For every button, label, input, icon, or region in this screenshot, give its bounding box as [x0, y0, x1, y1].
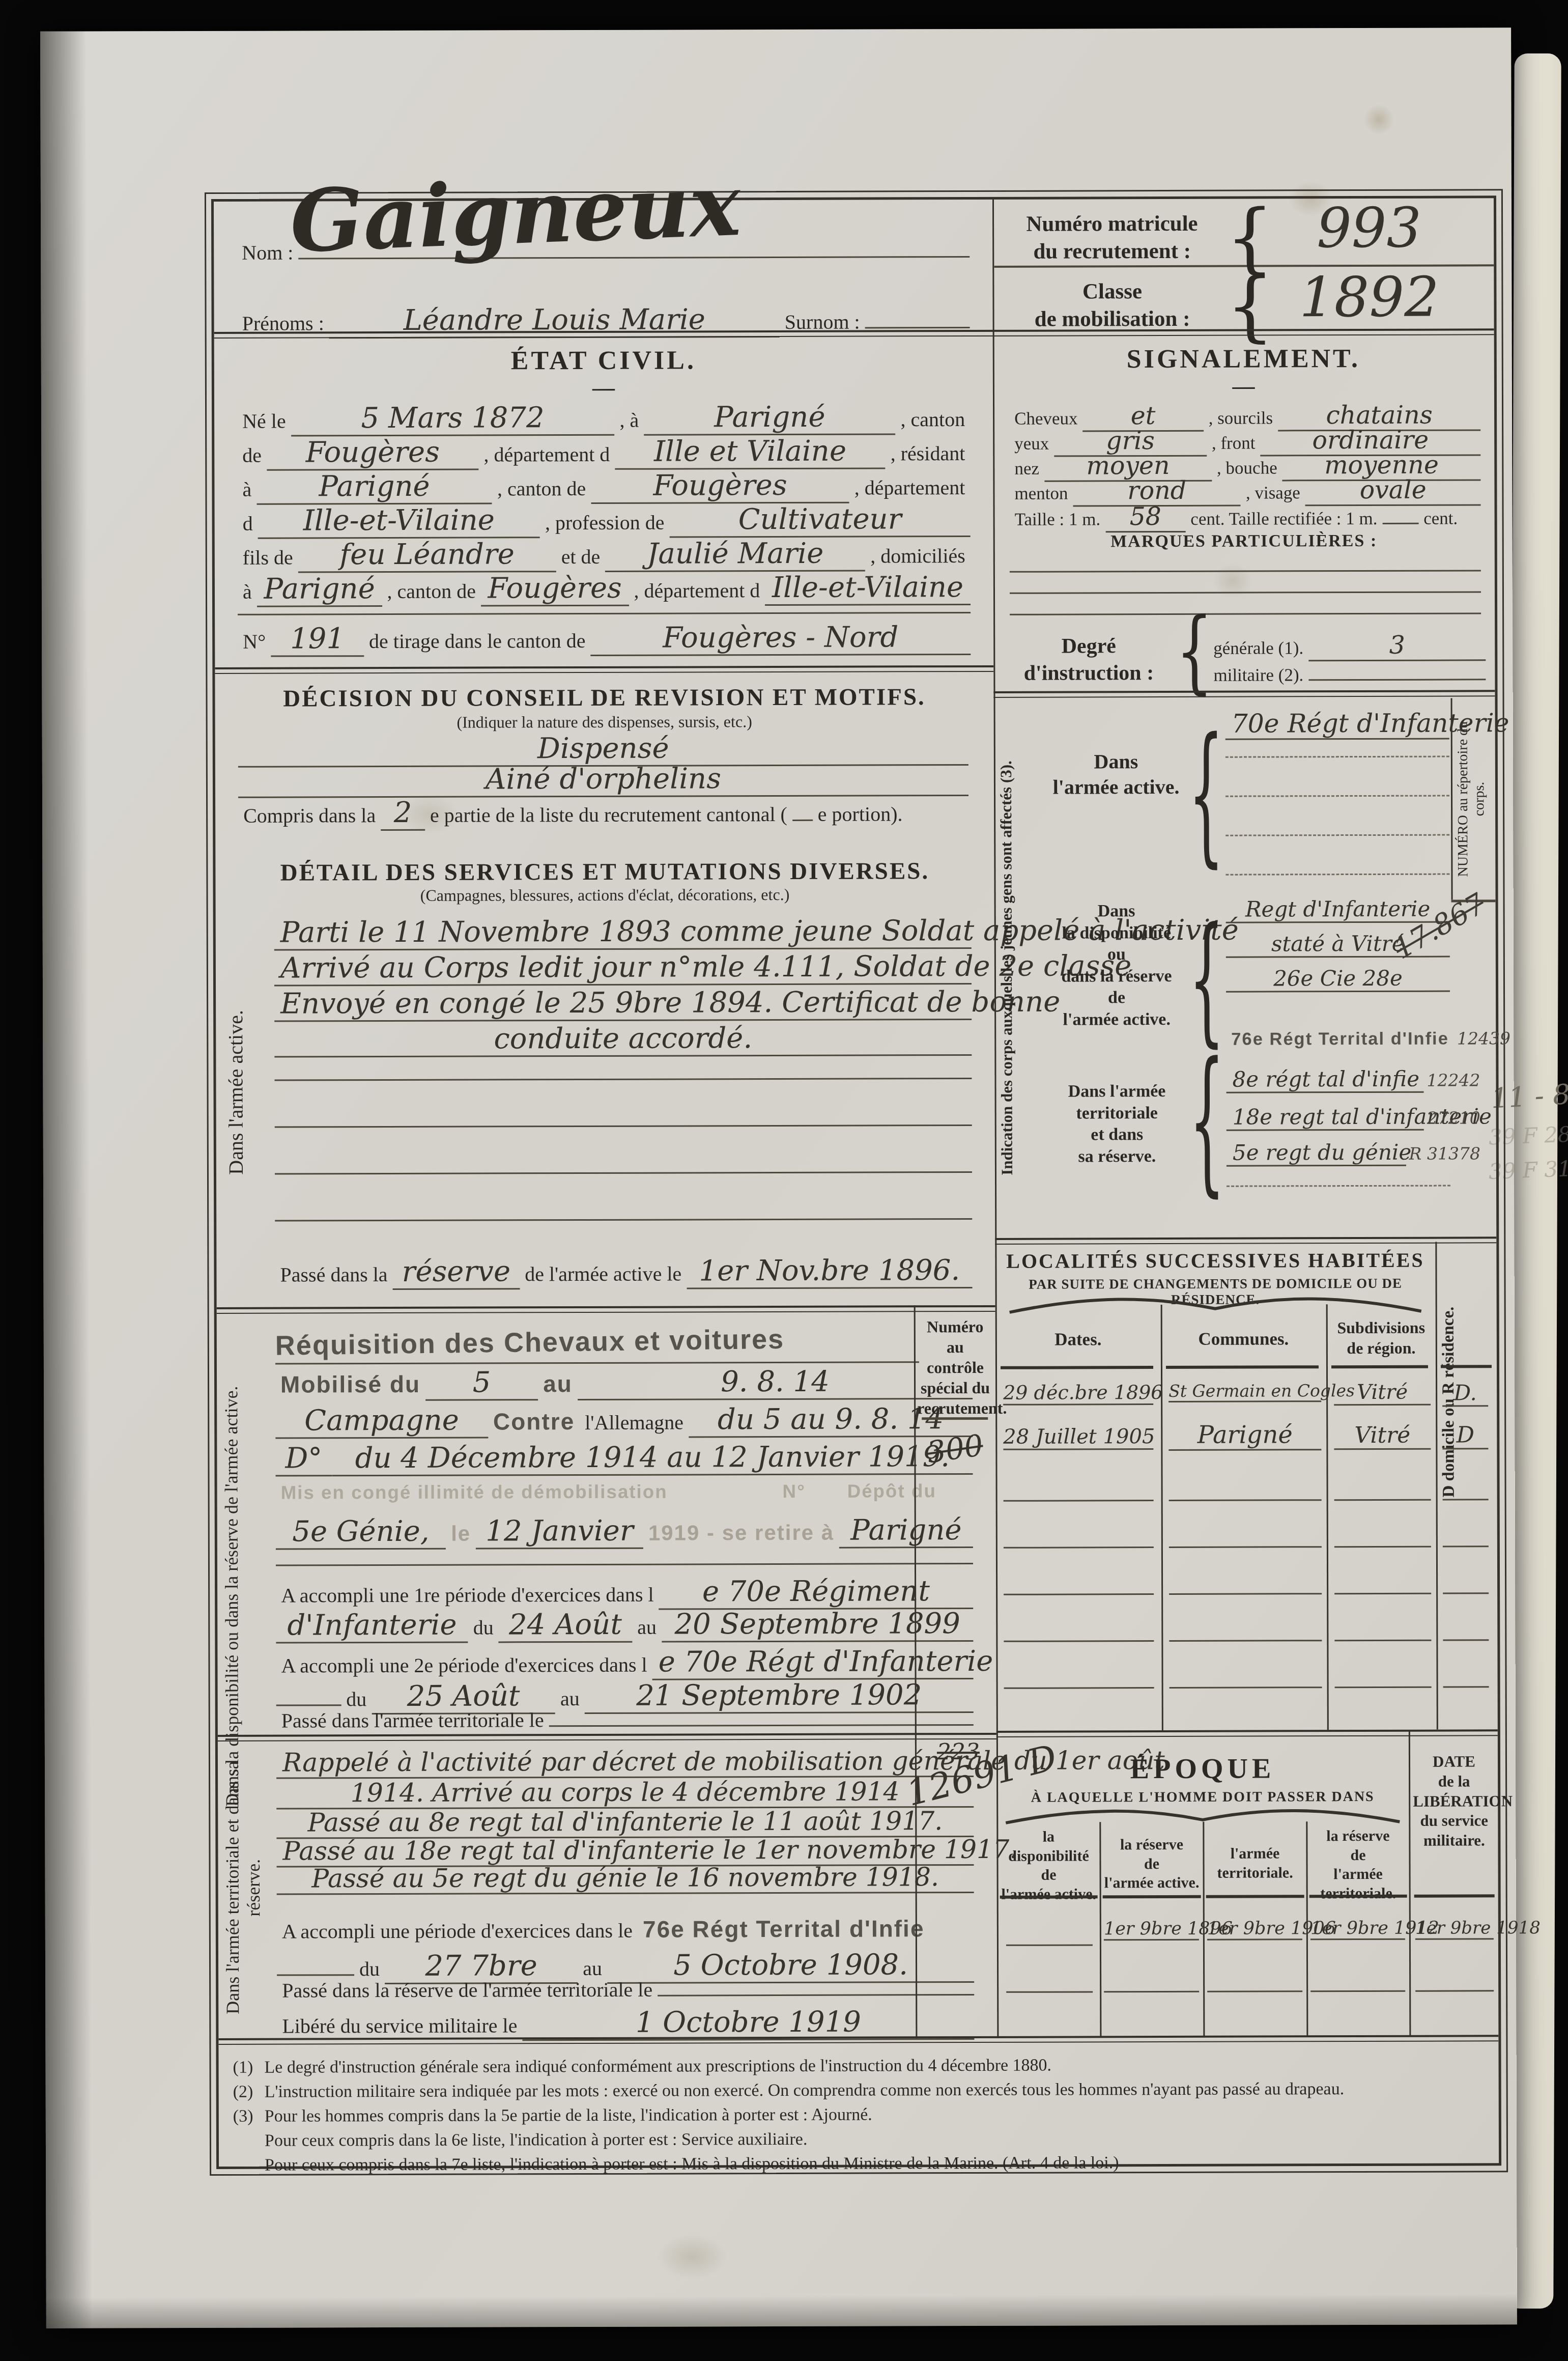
ruled-line — [1227, 1185, 1450, 1187]
brace-glyph: { — [1189, 1029, 1225, 1212]
text-segment: à — [238, 580, 257, 604]
ruled-line — [1310, 1990, 1405, 1992]
text-segment: Contre — [488, 1408, 580, 1435]
text-segment: A accompli une 1re période d'exercices d… — [276, 1583, 659, 1608]
text-segment: Passé dans la réserve de l'armée territo… — [277, 1978, 658, 2003]
table-rule — [1309, 1895, 1407, 1898]
localites-title: LOCALITÉS SUCCESSIVES HABITÉES — [995, 1248, 1435, 1273]
etat-civil-line: deFougères, département dIlle et Vilaine… — [237, 435, 970, 471]
text-segment: e 70e Régiment — [659, 1575, 974, 1610]
service-entry: Envoyé en congé le 25 9bre 1894. Certifi… — [274, 986, 972, 1022]
disponibilite-corps: 26e Cie 28e — [1226, 966, 1450, 993]
localites-commune: Parigné — [1168, 1420, 1321, 1451]
text-segment: , département d — [629, 579, 765, 603]
ruled-line — [1169, 1640, 1322, 1642]
decision-entry: Ainé d'orphelins — [238, 762, 968, 798]
armee-active-label: Dans l'armée active. — [1040, 749, 1192, 800]
territoriale-corps-row: 76e Régt Territal d'Infie12439 — [1226, 1029, 1483, 1050]
blank-field-line — [792, 820, 813, 821]
text-segment: 5e regt du génie — [1227, 1140, 1406, 1167]
table-rule — [1414, 1894, 1495, 1897]
text-segment: Libéré du service militaire le — [277, 2014, 522, 2038]
text-segment: 3 — [1308, 631, 1486, 661]
text-segment: 18e regt tal d'infanterie — [1227, 1105, 1424, 1131]
text-segment: A accompli une période d'exercices dans … — [277, 1919, 638, 1944]
etat-civil-line: àParigné, canton deFougères, département… — [238, 571, 971, 607]
service-entry: conduite accordé. — [274, 1022, 972, 1058]
table-rule — [1000, 1895, 1098, 1899]
ruled-line — [1104, 1991, 1199, 1992]
territoriale-corps-row: 5e regt du génieR 31378 — [1227, 1140, 1484, 1167]
etat-civil-line: fils defeu Léandreet deJaulié Marie, dom… — [238, 537, 971, 573]
footnote-number — [233, 2131, 265, 2152]
text-segment: Fougères - Nord — [590, 621, 971, 656]
text-segment: conduite accordé. — [274, 1022, 972, 1058]
epoque-value: 1er 9bre 1906 — [1207, 1918, 1302, 1940]
text-segment: 1er Nov.bre 1896. — [687, 1254, 972, 1289]
register-form-frame: Nom : Gaigneux Prénoms :Léandre Louis Ma… — [211, 195, 1501, 2169]
text-segment: Passé dans la — [275, 1263, 392, 1287]
ruled-line — [1004, 1547, 1154, 1549]
epoque-col3-header: l'armée territoriale. — [1206, 1844, 1304, 1882]
ruled-line — [1415, 1990, 1494, 1991]
etat-civil-line: Né le5 Mars 1872, àParigné, canton — [237, 401, 970, 437]
table-rule — [1331, 1365, 1428, 1368]
mutation-line: Passé au 5e regt du génie le 16 novembre… — [277, 1862, 974, 1895]
localites-date: 28 Juillet 1905 — [1003, 1425, 1153, 1450]
detail-subtitle: (Campagnes, blessures, actions d'éclat, … — [215, 885, 994, 906]
territoriale-label: Dans l'armée territoriale et dans sa rés… — [1041, 1081, 1193, 1168]
blank-field-line — [549, 1724, 974, 1727]
text-segment: Cultivateur — [669, 503, 970, 538]
text-segment: 5 — [425, 1366, 538, 1401]
blank-field-line — [1383, 523, 1419, 524]
text-segment: cent. — [1418, 508, 1463, 528]
text-segment: Ille-et-Vilaine — [258, 504, 540, 539]
text-segment: Ille et Vilaine — [615, 435, 886, 470]
passe-reserve-territoriale-line: Passé dans la réserve de l'armée territo… — [277, 1977, 974, 2003]
text-segment: 9. 8. 14 — [578, 1365, 973, 1400]
text-segment: Ainé d'orphelins — [238, 762, 968, 798]
matricule-label: Numéro matricule du recrutement : — [1003, 210, 1221, 266]
margin-pencil-note: 39 F 31-1-19 — [1488, 1154, 1568, 1184]
ruled-line — [1443, 1499, 1489, 1500]
text-segment: Parti le 11 Novembre 1893 comme jeune So… — [274, 915, 972, 951]
compris-line: Compris dans la2e partie de la liste du … — [238, 795, 971, 831]
section-rule — [995, 1236, 1496, 1245]
table-rule — [1166, 1365, 1319, 1369]
text-segment: , à — [614, 409, 644, 432]
ruled-line — [1004, 1687, 1154, 1689]
ruled-line — [1335, 1687, 1432, 1688]
ruled-line — [1010, 570, 1481, 572]
text-segment: de — [237, 444, 267, 467]
text-segment: e portion). — [813, 802, 908, 826]
text-segment: réserve — [392, 1255, 520, 1290]
service-entry: Arrivé au Corps ledit jour n°mle 4.111, … — [274, 950, 972, 987]
paper-stain — [657, 2234, 728, 2280]
periode2-line: A accompli une 2e période d'exercices da… — [276, 1645, 973, 1681]
footnote-number: (2) — [233, 2082, 265, 2103]
footnote-text: L'instruction militaire sera indiquée pa… — [265, 2079, 1345, 2102]
text-segment: Rappelé à l'activité par décret de mobil… — [276, 1746, 974, 1779]
text-segment: A accompli une 2e période d'exercices da… — [276, 1653, 652, 1678]
text-segment: Parigné — [644, 401, 895, 436]
text-segment: 12439 — [1454, 1029, 1514, 1048]
ruled-line — [1334, 1593, 1431, 1594]
text-segment: e 70e Régt d'Infanterie — [652, 1645, 974, 1680]
text-segment: Fougères — [267, 436, 479, 471]
ruled-line — [1004, 1593, 1154, 1595]
blank-field-line — [277, 1974, 354, 1976]
text-segment: du 4 Décembre 1914 au 12 Janvier 1919. — [332, 1441, 973, 1477]
etat-civil-line: àParigné, canton deFougères, département — [237, 469, 970, 505]
epoque-title: ÉPOQUE — [996, 1752, 1409, 1786]
text-segment: 26e Cie 28e — [1226, 966, 1450, 993]
text-segment: 1914. Arrivé au corps le 4 décembre 1914 — [276, 1777, 974, 1810]
localites-date: 29 déc.bre 1896 — [1003, 1381, 1153, 1406]
text-segment: 27210 — [1424, 1108, 1484, 1128]
text-segment: , visage — [1241, 483, 1305, 503]
localites-subdivision: Vitré — [1334, 1381, 1431, 1406]
localites-commune: St Germain en Cogles — [1168, 1381, 1321, 1402]
epoque-col4-header: la réserve de l'armée territoriale. — [1309, 1826, 1407, 1903]
footnote-number: (1) — [233, 2058, 265, 2078]
brace-glyph: { — [1176, 599, 1213, 705]
epoque-value-blank — [1006, 1944, 1093, 1946]
ruled-line — [238, 612, 971, 615]
title-dash: — — [214, 374, 993, 402]
ruled-line — [1334, 1499, 1431, 1501]
text-segment: , profession de — [540, 511, 670, 535]
periode1-dates-line: d'Infanteriedu24 Aoûtau20 Septembre 1899 — [276, 1608, 973, 1644]
ruled-line — [1225, 795, 1449, 797]
text-segment: 70e Régt d'Infanterie — [1225, 709, 1449, 740]
ruled-line — [1225, 756, 1449, 758]
text-segment: , canton de — [382, 580, 480, 604]
text-segment: Dépôt du — [842, 1480, 973, 1502]
col-header-communes: Communes. — [1166, 1328, 1321, 1351]
section-rule — [218, 1733, 996, 1741]
decorative-brace — [1008, 1294, 1423, 1315]
text-segment: au — [538, 1370, 578, 1397]
footnote: Pour ceux compris dans la 6e liste, l'in… — [233, 2127, 1485, 2151]
text-segment: 8e régt tal d'infie — [1226, 1067, 1423, 1093]
text-segment: , bouche — [1212, 458, 1282, 479]
text-segment: , domiciliés — [865, 544, 971, 568]
text-segment: cent. Taille rectifiée : 1 m. — [1185, 509, 1382, 529]
footnote-text: Pour ceux compris dans la 7e liste, l'in… — [265, 2153, 1119, 2176]
passe-reserve-line: Passé dans laréservede l'armée active le… — [275, 1254, 972, 1290]
text-segment: 12 Janvier — [476, 1515, 643, 1550]
footnote-number — [233, 2155, 265, 2176]
text-segment: Fougères — [591, 469, 849, 504]
text-segment: , front — [1207, 433, 1261, 454]
date-liberation-header: DATE de la LIBÉRATION du service militai… — [1413, 1752, 1496, 1850]
ruled-line — [1169, 1499, 1322, 1501]
detail-title: DÉTAIL DES SERVICES ET MUTATIONS DIVERSE… — [215, 857, 994, 887]
epoque-subtitle: À LAQUELLE L'HOMME DOIT PASSER DANS — [996, 1789, 1409, 1806]
text-segment: R 31378 — [1406, 1144, 1484, 1163]
localites-col-divider — [1326, 1304, 1329, 1730]
ruled-line — [1225, 874, 1449, 876]
classe-value: 1892 — [1262, 265, 1476, 329]
rappel-line: Rappelé à l'activité par décret de mobil… — [276, 1746, 974, 1779]
section-rule — [217, 1305, 995, 1314]
text-segment: du — [341, 1688, 372, 1711]
ruled-line — [922, 1417, 988, 1420]
degre-generale-line: générale (1).3 — [1208, 631, 1486, 662]
footnote-text: Pour ceux compris dans la 6e liste, l'in… — [265, 2129, 808, 2152]
localites-col-divider — [1435, 1242, 1438, 1730]
margin-pencil-note: 11 - 8 . 17 — [1490, 1075, 1568, 1114]
text-segment: Compris dans la — [238, 804, 381, 828]
marques-label: MARQUES PARTICULIÈRES : — [993, 531, 1495, 552]
localites-subdivision: Vitré — [1334, 1422, 1431, 1450]
text-segment: Parigné — [256, 470, 492, 505]
text-segment: 12242 — [1423, 1071, 1483, 1090]
col-header-subdivisions: Subdivisions de région. — [1331, 1317, 1431, 1359]
text-segment: d — [238, 512, 258, 536]
section-rule — [215, 665, 993, 674]
exercice-territorial-line: A accompli une période d'exercices dans … — [277, 1915, 974, 1944]
text-segment: au — [632, 1616, 662, 1639]
taille-line: Taille : 1 m.58cent. Taille rectifiée : … — [1010, 501, 1481, 533]
text-segment: , canton de — [492, 477, 591, 501]
epoque-col1-header: la disponibilité de l'armée active. — [1000, 1827, 1097, 1904]
text-segment: e partie de la liste du recrutement cant… — [425, 803, 792, 827]
campagne-ditto-line: D°du 4 Décembre 1914 au 12 Janvier 1919. — [275, 1441, 973, 1477]
text-segment: Parigné — [257, 573, 382, 607]
text-segment: du — [354, 1957, 385, 1981]
classe-label: Classe de mobilisation : — [1003, 278, 1221, 333]
text-segment: 76e Régt Territal d'Infie — [1226, 1029, 1454, 1050]
mobilise-line: Mobilisé du5au9. 8. 14 — [275, 1365, 973, 1401]
demobilisation-entry-line: 5e Génie,le12 Janvier1919 - se retire àP… — [276, 1514, 973, 1550]
table-rule — [1001, 1366, 1153, 1369]
text-segment: générale (1). — [1208, 638, 1308, 659]
surname-handwritten: Gaigneux — [289, 154, 743, 272]
ruled-line — [275, 1218, 972, 1222]
footnote-number: (3) — [233, 2106, 265, 2127]
epoque-value: 1er 9bre 1912 — [1310, 1918, 1405, 1940]
blank-field-line — [1308, 679, 1486, 681]
text-segment: d'Infanterie — [276, 1609, 468, 1644]
ruled-line — [1010, 612, 1481, 615]
ruled-line — [1334, 1640, 1431, 1641]
text-segment: Né le — [237, 410, 291, 433]
footnote-text: Pour les hommes compris dans la 5e parti… — [265, 2105, 872, 2127]
text-segment: Arrivé au Corps ledit jour n°mle 4.111, … — [274, 950, 972, 987]
text-segment: , résidant — [886, 442, 971, 465]
footnote-text: Le degré d'instruction générale sera ind… — [265, 2056, 1052, 2078]
ruled-line — [1169, 1593, 1322, 1595]
rappel-line: 1914. Arrivé au corps le 4 décembre 1914 — [276, 1777, 974, 1810]
text-segment: 1919 - se retire à — [643, 1521, 839, 1545]
ruled-line — [1443, 1545, 1489, 1547]
text-segment: Cheveux — [1009, 408, 1083, 429]
ruled-line — [1004, 1640, 1154, 1642]
epoque-value: 1er 9bre 1896 — [1104, 1919, 1199, 1941]
service-entry: Parti le 11 Novembre 1893 comme jeune So… — [274, 915, 972, 951]
text-segment: 24 Août — [499, 1609, 633, 1643]
degre-militaire-line: militaire (2). — [1208, 664, 1486, 686]
text-segment: 1 Octobre 1919 — [522, 2006, 974, 2041]
table-rule — [1441, 1365, 1492, 1368]
disponibilite-corps: Regt d'Infanterie — [1226, 897, 1450, 923]
text-segment: Ille-et-Vilaine — [765, 571, 971, 606]
text-segment: 20 Septembre 1899 — [662, 1608, 973, 1643]
text-segment: 191 — [271, 623, 364, 657]
text-segment: au — [578, 1957, 607, 1980]
epoque-date-divider — [1409, 1731, 1411, 2036]
ruled-line — [1443, 1639, 1489, 1641]
text-segment: Jaulié Marie — [605, 538, 865, 573]
liberation-date-value: 1er 9bre 1918 — [1415, 1918, 1494, 1940]
ruled-line — [1006, 1991, 1093, 1992]
territoriale-corps-row: 18e regt tal d'infanterie27210 — [1227, 1104, 1484, 1131]
ruled-line — [1443, 1592, 1489, 1594]
ruled-line — [1225, 834, 1449, 836]
ruled-line — [1207, 1990, 1302, 1992]
footnote: (2) L'instruction militaire sera indiqué… — [233, 2078, 1485, 2102]
text-segment: l'Allemagne — [580, 1411, 689, 1435]
ruled-line — [1169, 1546, 1322, 1548]
text-segment: Regt d'Infanterie — [1226, 897, 1450, 923]
gutter-label-territoriale: Dans l'armée territoriale et dans sa rés… — [222, 1749, 265, 2027]
armee-active-corps: 70e Régt d'Infanterie — [1225, 709, 1449, 740]
brace-glyph: { — [1188, 706, 1224, 882]
text-segment: militaire (2). — [1208, 665, 1308, 686]
text-segment: Parigné — [839, 1514, 973, 1549]
controle-header: Numéro au contrôle spécial du recrutemen… — [917, 1316, 994, 1418]
col-header-dates: Dates. — [1001, 1328, 1156, 1351]
ruled-line — [1334, 1546, 1431, 1548]
paper-stain — [1363, 104, 1394, 135]
epoque-col2-header: la réserve de l'armée active. — [1102, 1835, 1201, 1893]
text-segment: 76e Régt Territal d'Infie — [638, 1915, 974, 1943]
text-segment: N° — [238, 630, 271, 654]
text-segment: fils de — [238, 546, 298, 569]
text-segment: feu Léandre — [298, 538, 556, 573]
text-segment: 58 — [1105, 502, 1185, 533]
blank-field-line — [865, 327, 970, 329]
corps-side-label: Indication des corps auxquels les jeunes… — [997, 699, 1032, 1236]
text-segment: Campagne — [275, 1404, 488, 1439]
ruled-line — [1443, 1686, 1489, 1688]
territoriale-corps-row: 8e régt tal d'infie12242 — [1226, 1066, 1483, 1093]
ruled-line — [275, 1125, 972, 1128]
section-rule — [996, 1729, 1498, 1737]
margin-pencil-note: 39 F 28-10-18 — [1488, 1119, 1568, 1149]
text-segment: Envoyé en congé le 25 9bre 1894. Certifi… — [274, 986, 972, 1022]
ruled-line — [1004, 1500, 1154, 1502]
footnote: (3) Pour les hommes compris dans la 5e p… — [233, 2103, 1485, 2127]
ruled-line — [275, 1171, 972, 1175]
epoque-col-divider — [1099, 1822, 1101, 2037]
table-rule — [1206, 1895, 1304, 1898]
text-segment: le — [446, 1522, 476, 1546]
footnote: Pour ceux compris dans la 7e liste, l'in… — [233, 2152, 1485, 2176]
passe-territoriale-line: Passé dans l'armée territoriale le — [276, 1707, 974, 1733]
section-rule — [993, 690, 1495, 698]
ruled-line — [275, 1361, 919, 1364]
localites-col-divider — [1161, 1305, 1163, 1730]
text-segment: , canton — [895, 408, 970, 431]
blank-field-line — [658, 1994, 974, 1997]
text-segment: de tirage dans le canton de — [364, 629, 590, 653]
campagne-line: CampagneContrel'Allemagnedu 5 au 9. 8. 1… — [275, 1403, 973, 1439]
degre-label: Degré d'instruction : — [1005, 633, 1173, 687]
etat-civil-line: dIlle-et-Vilaine, profession deCultivate… — [238, 503, 971, 539]
demobilisation-stamp-line: Mis en congé illimité de démobilisationN… — [276, 1480, 973, 1504]
text-segment: de l'armée active le — [520, 1262, 687, 1286]
gutter-label-armee-active: Dans l'armée active. — [224, 914, 262, 1271]
ruled-line — [276, 1563, 973, 1566]
etat-civil-title: ÉTAT CIVIL. — [214, 345, 993, 377]
tirage-line: N°191de tirage dans le canton deFougères… — [238, 621, 971, 657]
text-segment: Fougères — [481, 572, 629, 607]
text-segment: Mis en congé illimité de démobilisation — [276, 1481, 778, 1504]
text-segment: à — [237, 478, 256, 501]
footnote: (1) Le degré d'instruction générale sera… — [233, 2054, 1485, 2078]
text-segment: , sourcils — [1204, 408, 1278, 429]
text-segment: menton — [1009, 483, 1073, 504]
table-rule — [1103, 1895, 1201, 1899]
text-segment: Taille : 1 m. — [1010, 509, 1106, 530]
text-segment: nez — [1009, 459, 1044, 479]
localites-dr: D — [1442, 1422, 1488, 1449]
text-segment: au — [555, 1687, 585, 1710]
title-dash: — — [993, 372, 1494, 400]
ruled-line — [274, 1078, 972, 1081]
decision-title: DÉCISION DU CONSEIL DE REVISION ET MOTIF… — [215, 683, 993, 713]
blank-field-line — [276, 1704, 341, 1706]
disponibilite-label: Dans la disponibilité ou dans la réserve… — [1040, 901, 1193, 1031]
signalement-title: SIGNALEMENT. — [993, 343, 1494, 375]
text-segment: Passé au 5e regt du génie le 16 novembre… — [277, 1862, 974, 1895]
register-sheet-paper: 11 - 8 . 17 39 F 28-10-18 39 F 31-1-19 N… — [40, 27, 1517, 2328]
localites-dr: D. — [1442, 1380, 1488, 1407]
periode1-line: A accompli une 1re période d'exercices d… — [276, 1575, 973, 1611]
text-segment: , département — [849, 476, 971, 500]
scanned-register-scene: 11 - 8 . 17 39 F 28-10-18 39 F 31-1-19 N… — [0, 0, 1568, 2361]
text-segment: , département d — [479, 443, 615, 467]
ruled-line — [1170, 1687, 1322, 1689]
text-segment: 5 Mars 1872 — [291, 402, 615, 437]
text-segment: du — [468, 1616, 499, 1639]
text-segment: Passé dans l'armée territoriale le — [276, 1708, 549, 1732]
requisition-stamp: Réquisition des Chevaux et voitures — [275, 1324, 784, 1362]
text-segment: D° — [275, 1442, 332, 1477]
ruled-line — [1010, 591, 1481, 594]
text-segment: Mobilisé du — [275, 1371, 425, 1398]
text-segment: 5e Génie, — [276, 1515, 446, 1550]
decision-subtitle: (Indiquer la nature des dispenses, sursi… — [215, 712, 994, 733]
text-segment: N° — [778, 1481, 842, 1503]
text-segment: Nom : — [237, 241, 298, 264]
text-segment: yeux — [1009, 434, 1054, 454]
text-segment: 2 — [381, 797, 425, 831]
matricule-value: 993 — [1262, 196, 1476, 260]
text-segment: et de — [556, 545, 606, 569]
